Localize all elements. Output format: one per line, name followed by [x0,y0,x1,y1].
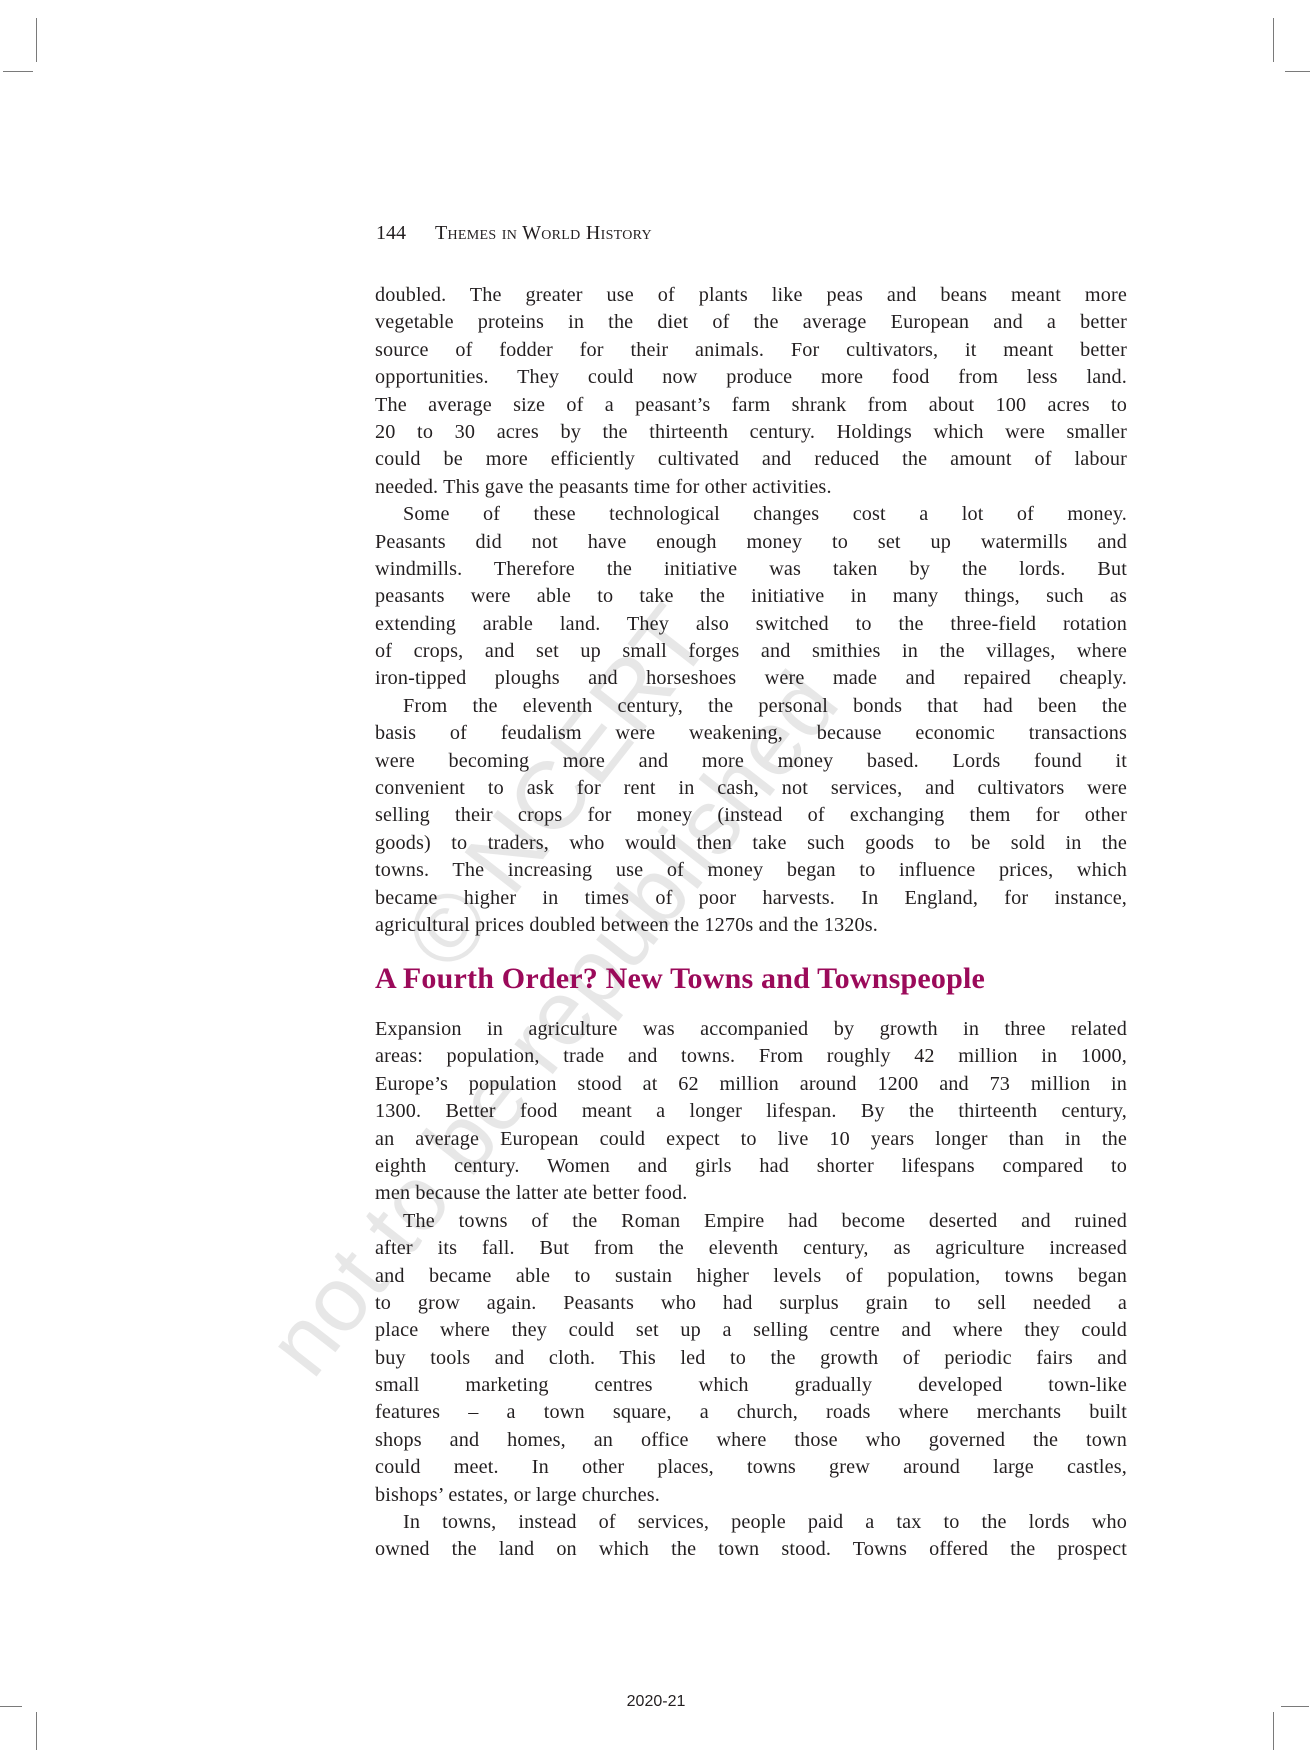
footer-year: 2020-21 [0,1693,1312,1711]
text-line: Expansion in agriculture was accompanied… [375,1016,1127,1043]
text-line: Some of these technological changes cost… [375,501,1127,528]
text-line: were becoming more and more money based.… [375,748,1127,775]
text-line: Europe’s population stood at 62 million … [375,1071,1127,1098]
text-line: opportunities. They could now produce mo… [375,364,1127,391]
text-line: 1300. Better food meant a longer lifespa… [375,1098,1127,1125]
text-line: could meet. In other places, towns grew … [375,1454,1127,1481]
text-line: areas: population, trade and towns. From… [375,1043,1127,1070]
text-line: could be more efficiently cultivated and… [375,446,1127,473]
text-line: buy tools and cloth. This led to the gro… [375,1345,1127,1372]
body-text-bottom: Expansion in agriculture was accompanied… [375,1016,1127,1564]
crop-mark-top-right-horizontal [1285,71,1310,72]
text-line: doubled. The greater use of plants like … [375,282,1127,309]
text-line: of crops, and set up small forges and sm… [375,638,1127,665]
text-line: vegetable proteins in the diet of the av… [375,309,1127,336]
text-line: basis of feudalism were weakening, becau… [375,720,1127,747]
crop-mark-top-left-vertical [36,18,37,62]
text-line: to grow again. Peasants who had surplus … [375,1290,1127,1317]
book-title: Themes in World History [435,222,652,244]
text-line: windmills. Therefore the initiative was … [375,556,1127,583]
text-line: Peasants did not have enough money to se… [375,529,1127,556]
text-line: iron-tipped ploughs and horseshoes were … [375,665,1127,692]
text-line: small marketing centres which gradually … [375,1372,1127,1399]
text-line: peasants were able to take the initiativ… [375,583,1127,610]
text-line: shops and homes, an office where those w… [375,1427,1127,1454]
text-line: towns. The increasing use of money began… [375,857,1127,884]
text-line: became higher in times of poor harvests.… [375,885,1127,912]
text-line: The towns of the Roman Empire had become… [375,1208,1127,1235]
text-line: an average European could expect to live… [375,1126,1127,1153]
body-text-top: doubled. The greater use of plants like … [375,282,1127,939]
text-line: The average size of a peasant’s farm shr… [375,392,1127,419]
text-line: features – a town square, a church, road… [375,1399,1127,1426]
crop-mark-bottom-left-vertical [36,1712,37,1750]
text-line: extending arable land. They also switche… [375,611,1127,638]
text-line: goods) to traders, who would then take s… [375,830,1127,857]
text-line: place where they could set up a selling … [375,1317,1127,1344]
crop-mark-top-left-horizontal [3,71,33,72]
text-line: In towns, instead of services, people pa… [375,1509,1127,1536]
text-line: From the eleventh century, the personal … [375,693,1127,720]
section-heading: A Fourth Order? New Towns and Townspeopl… [375,962,985,996]
text-line: agricultural prices doubled between the … [375,912,1127,939]
text-line: source of fodder for their animals. For … [375,337,1127,364]
text-line: after its fall. But from the eleventh ce… [375,1235,1127,1262]
text-line: 20 to 30 acres by the thirteenth century… [375,419,1127,446]
text-line: and became able to sustain higher levels… [375,1263,1127,1290]
page-number: 144 [376,222,406,244]
running-header: 144 Themes in World History [376,222,652,245]
crop-mark-bottom-right-vertical [1273,1712,1274,1750]
text-line: convenient to ask for rent in cash, not … [375,775,1127,802]
text-line: owned the land on which the town stood. … [375,1536,1127,1563]
text-line: bishops’ estates, or large churches. [375,1482,1127,1509]
crop-mark-top-right-vertical [1273,18,1274,62]
text-line: men because the latter ate better food. [375,1180,1127,1207]
text-line: selling their crops for money (instead o… [375,802,1127,829]
text-line: eighth century. Women and girls had shor… [375,1153,1127,1180]
text-line: needed. This gave the peasants time for … [375,474,1127,501]
